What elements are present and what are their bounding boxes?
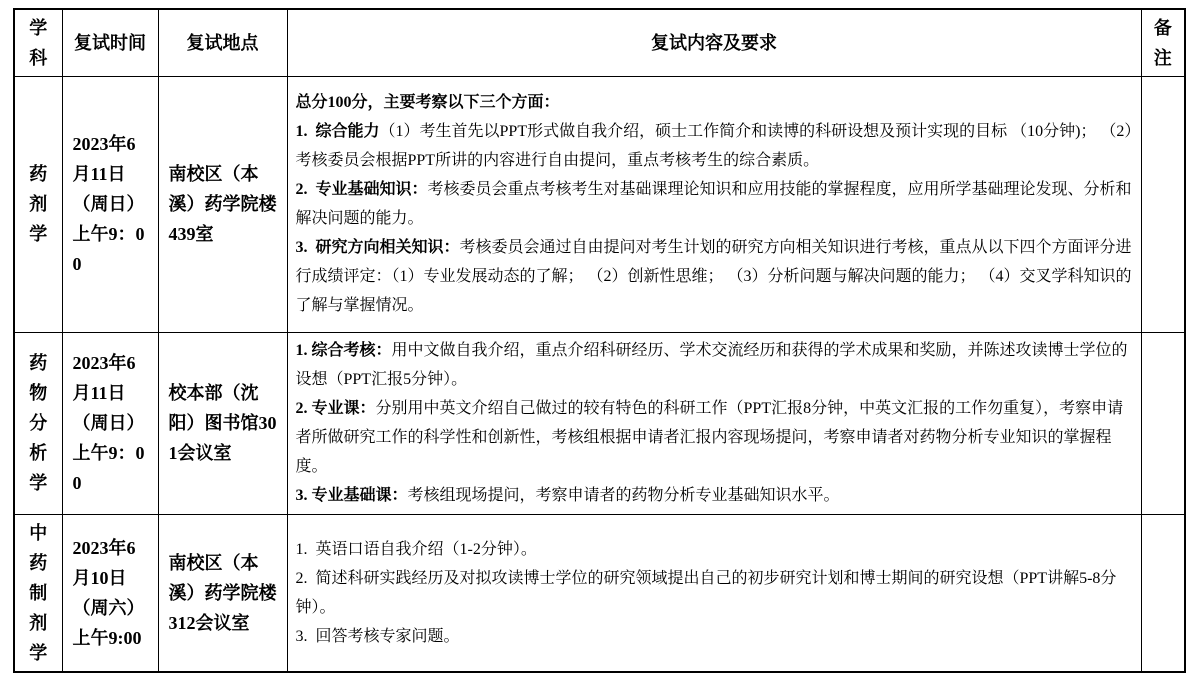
cell-time: 2023年6月10日（周六）上午9:00 [62, 514, 158, 672]
table-header: 学科 复试时间 复试地点 复试内容及要求 备注 [14, 9, 1185, 76]
table-row-pharmaceutics: 药剂学 2023年6月11日（周日）上午9：00 南校区（本溪）药学院楼439室… [14, 76, 1185, 332]
cell-remark [1141, 76, 1185, 332]
content-paragraph: 1. 综合考核：用中文做自我介绍，重点介绍科研经历、学术交流经历和获得的学术成果… [296, 336, 1133, 394]
cell-remark [1141, 332, 1185, 514]
content-paragraph: 总分100分，主要考察以下三个方面： [296, 88, 1133, 117]
cell-subject: 中药制剂学 [14, 514, 62, 672]
col-header-content: 复试内容及要求 [287, 9, 1141, 76]
header-row: 学科 复试时间 复试地点 复试内容及要求 备注 [14, 9, 1185, 76]
table-row-tcm-pharmaceutics: 中药制剂学 2023年6月10日（周六）上午9:00 南校区（本溪）药学院楼31… [14, 514, 1185, 672]
content-text: 用中文做自我介绍，重点介绍科研经历、学术交流经历和获得的学术成果和奖励，并陈述攻… [296, 342, 1128, 388]
table-body: 药剂学 2023年6月11日（周日）上午9：00 南校区（本溪）药学院楼439室… [14, 76, 1185, 672]
table-row-pharmaceutical-analysis: 药物分析学 2023年6月11日（周日）上午9：00 校本部（沈阳）图书馆301… [14, 332, 1185, 514]
content-lead: 3. 专业基础课： [296, 487, 408, 504]
cell-content: 1. 英语口语自我介绍（1-2分钟）。 2. 简述科研实践经历及对拟攻读博士学位… [287, 514, 1141, 672]
content-lead: 2. 专业课： [296, 400, 376, 417]
content-text: 2. 简述科研实践经历及对拟攻读博士学位的研究领域提出自己的初步研究计划和博士期… [296, 570, 1117, 616]
content-paragraph: 2. 专业基础知识：考核委员会重点考核考生对基础课理论知识和应用技能的掌握程度，… [296, 175, 1133, 233]
cell-location: 南校区（本溪）药学院楼312会议室 [158, 514, 287, 672]
content-lead: 3. 研究方向相关知识： [296, 239, 460, 256]
cell-subject: 药物分析学 [14, 332, 62, 514]
content-paragraph: 1. 英语口语自我介绍（1-2分钟）。 [296, 535, 1133, 564]
content-text: 分别用中英文介绍自己做过的较有特色的科研工作（PPT汇报8分钟，中英文汇报的工作… [296, 400, 1124, 475]
content-text: 1. 英语口语自我介绍（1-2分钟）。 [296, 541, 537, 558]
content-lead: 总分100分，主要考察以下三个方面： [296, 94, 560, 111]
cell-subject: 药剂学 [14, 76, 62, 332]
reexam-schedule-table: 学科 复试时间 复试地点 复试内容及要求 备注 药剂学 2023年6月11日（周… [13, 8, 1186, 673]
content-paragraph: 3. 回答考核专家问题。 [296, 622, 1133, 651]
content-lead: 1. 综合能力 [296, 123, 380, 140]
cell-time: 2023年6月11日（周日）上午9：00 [62, 332, 158, 514]
content-lead: 1. 综合考核： [296, 342, 392, 359]
col-header-remark: 备注 [1141, 9, 1185, 76]
cell-content: 总分100分，主要考察以下三个方面： 1. 综合能力（1）考生首先以PPT形式做… [287, 76, 1141, 332]
content-paragraph: 2. 专业课：分别用中英文介绍自己做过的较有特色的科研工作（PPT汇报8分钟，中… [296, 394, 1133, 481]
col-header-location: 复试地点 [158, 9, 287, 76]
col-header-subject: 学科 [14, 9, 62, 76]
cell-location: 校本部（沈阳）图书馆301会议室 [158, 332, 287, 514]
cell-remark [1141, 514, 1185, 672]
content-text: 考核组现场提问，考察申请者的药物分析专业基础知识水平。 [408, 487, 840, 504]
content-paragraph: 2. 简述科研实践经历及对拟攻读博士学位的研究领域提出自己的初步研究计划和博士期… [296, 564, 1133, 622]
cell-content: 1. 综合考核：用中文做自我介绍，重点介绍科研经历、学术交流经历和获得的学术成果… [287, 332, 1141, 514]
content-text: （1）考生首先以PPT形式做自我介绍，硕士工作简介和读博的科研设想及预计实现的目… [296, 123, 1133, 169]
cell-time: 2023年6月11日（周日）上午9：00 [62, 76, 158, 332]
content-paragraph: 1. 综合能力（1）考生首先以PPT形式做自我介绍，硕士工作简介和读博的科研设想… [296, 117, 1133, 175]
content-lead: 2. 专业基础知识： [296, 181, 428, 198]
content-text: 3. 回答考核专家问题。 [296, 628, 460, 645]
col-header-time: 复试时间 [62, 9, 158, 76]
cell-location: 南校区（本溪）药学院楼439室 [158, 76, 287, 332]
content-paragraph: 3. 专业基础课：考核组现场提问，考察申请者的药物分析专业基础知识水平。 [296, 481, 1133, 510]
content-paragraph: 3. 研究方向相关知识：考核委员会通过自由提问对考生计划的研究方向相关知识进行考… [296, 233, 1133, 320]
